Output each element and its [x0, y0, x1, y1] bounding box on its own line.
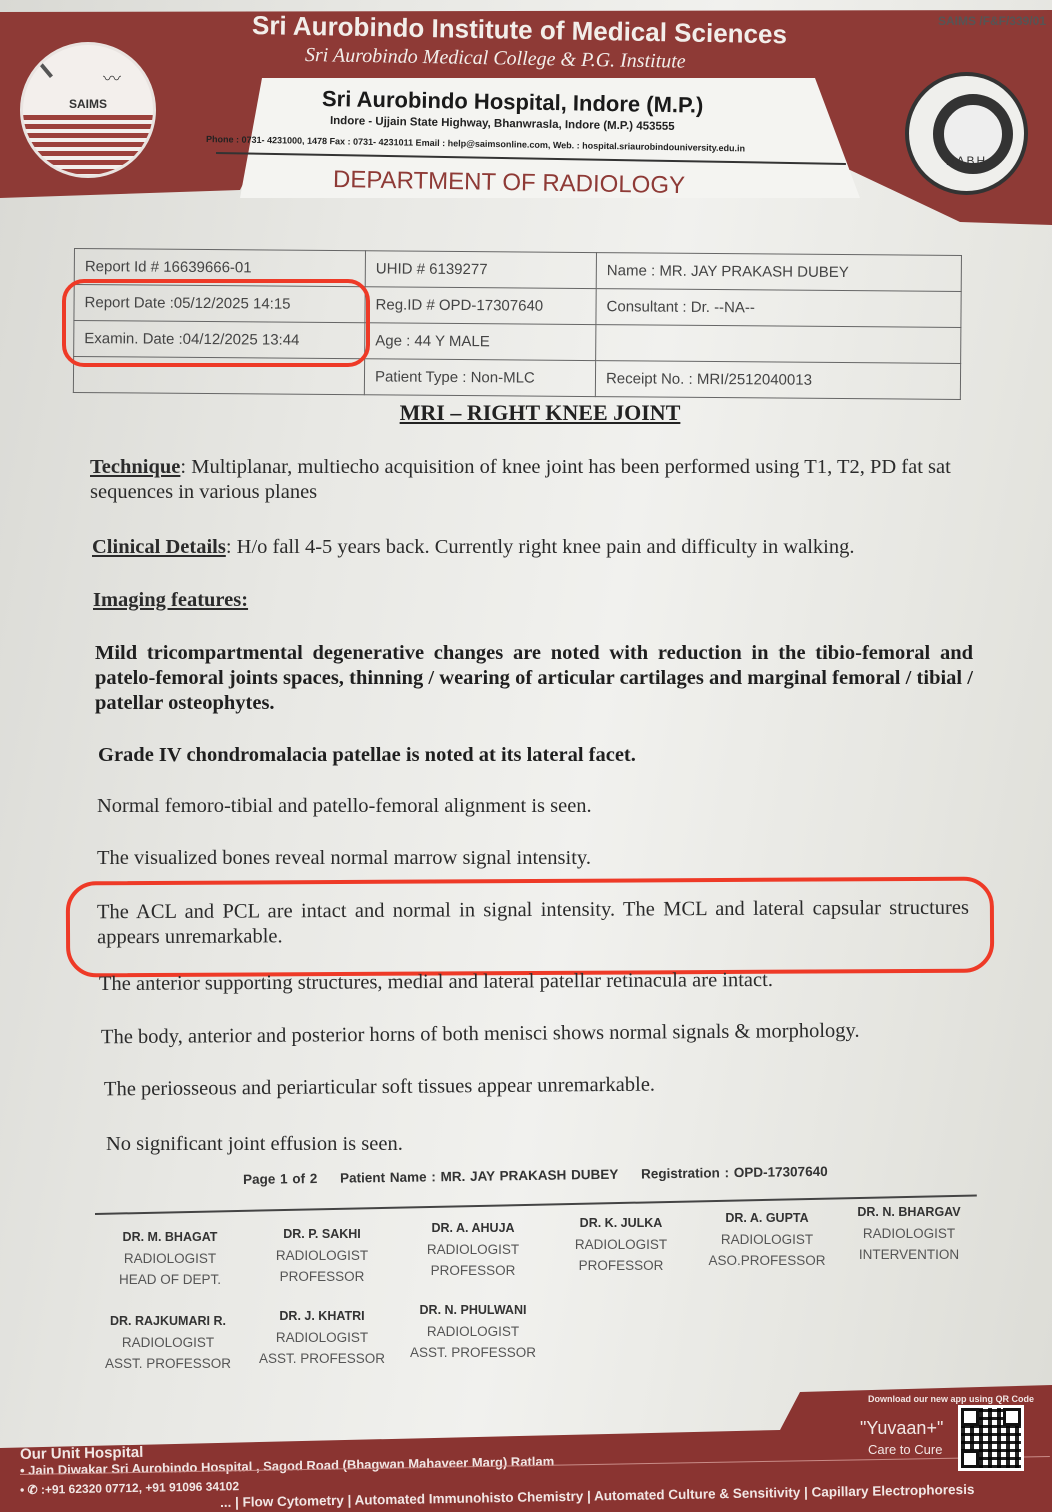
app-tagline: Care to Cure	[868, 1442, 942, 1457]
age-sex: Age : 44 Y MALE	[365, 323, 596, 361]
form-code: SAIMS /F&F/339/01	[938, 14, 1046, 28]
consultant: Consultant : Dr. --NA--	[596, 289, 961, 328]
patient-type: Patient Type : Non-MLC	[364, 359, 595, 397]
doctor-signature: DR. RAJKUMARI R.RADIOLOGISTASST. PROFESS…	[93, 1311, 243, 1374]
uhid: UHID # 6139277	[365, 251, 596, 289]
doctor-signature: DR. K. JULKARADIOLOGISTPROFESSOR	[546, 1213, 696, 1276]
saims-logo-icon: 〰 SAIMS	[20, 42, 156, 178]
finding-degenerative: Mild tricompartmental degenerative chang…	[95, 641, 973, 716]
technique-text: : Multiplanar, multiecho acquisition of …	[90, 456, 951, 503]
doctor-signature: DR. N. PHULWANIRADIOLOGISTASST. PROFESSO…	[398, 1300, 548, 1363]
finding-chondromalacia: Grade IV chondromalacia patellae is note…	[98, 743, 636, 768]
clinical-text: : H/o fall 4-5 years back. Currently rig…	[226, 536, 855, 558]
clinical-label: Clinical Details	[92, 536, 226, 558]
doctor-signature: DR. P. SAKHIRADIOLOGISTPROFESSOR	[247, 1224, 397, 1287]
clinical-details-section: Clinical Details: H/o fall 4-5 years bac…	[92, 535, 977, 560]
doctor-signature: DR. M. BHAGATRADIOLOGISTHEAD OF DEPT.	[95, 1227, 245, 1290]
footer-patient-name: Patient Name : MR. JAY PRAKASH DUBEY	[340, 1167, 619, 1186]
ligament-highlight-annotation	[66, 877, 994, 978]
app-download-prompt: Download our new app using QR Code	[868, 1394, 1034, 1404]
finding-menisci: The body, anterior and posterior horns o…	[101, 1019, 860, 1051]
technique-section: Technique: Multiplanar, multiecho acquis…	[90, 455, 975, 505]
finding-effusion: No significant joint effusion is seen.	[106, 1132, 403, 1157]
date-highlight-annotation	[62, 279, 370, 367]
finding-marrow: The visualized bones reveal normal marro…	[97, 846, 591, 871]
app-name: "Yuvaan+"	[860, 1418, 943, 1439]
technique-label: Technique	[90, 456, 180, 478]
qr-code-icon[interactable]	[958, 1405, 1024, 1471]
patient-name: Name : MR. JAY PRAKASH DUBEY	[596, 253, 961, 292]
unit-heading: Our Unit Hospital	[20, 1444, 144, 1463]
finding-soft-tissues: The periosseous and periarticular soft t…	[104, 1073, 655, 1103]
receipt-no: Receipt No. : MRI/2512040013	[595, 361, 960, 400]
footer-registration: Registration : OPD-17307640	[641, 1164, 828, 1182]
finding-anterior-structures: The anterior supporting structures, medi…	[99, 968, 773, 997]
doctor-signature: DR. A. GUPTARADIOLOGISTASO.PROFESSOR	[692, 1208, 842, 1271]
doctor-signature: DR. A. AHUJARADIOLOGISTPROFESSOR	[398, 1218, 548, 1281]
report-title: MRI – RIGHT KNEE JOINT	[0, 400, 1052, 426]
doctor-signature: DR. N. BHARGAVRADIOLOGISTINTERVENTION	[834, 1202, 984, 1265]
finding-alignment: Normal femoro-tibial and patello-femoral…	[97, 794, 592, 819]
page-footer: Page 1 of 2 Patient Name : MR. JAY PRAKA…	[243, 1164, 846, 1187]
nabh-logo-icon: NABH	[905, 72, 1028, 195]
doctor-signature: DR. J. KHATRIRADIOLOGISTASST. PROFESSOR	[247, 1306, 397, 1369]
empty-cell	[596, 325, 961, 364]
reg-id: Reg.ID # OPD-17307640	[365, 287, 596, 325]
page-number: Page 1 of 2	[243, 1171, 317, 1187]
imaging-features-heading: Imaging features:	[93, 588, 248, 613]
